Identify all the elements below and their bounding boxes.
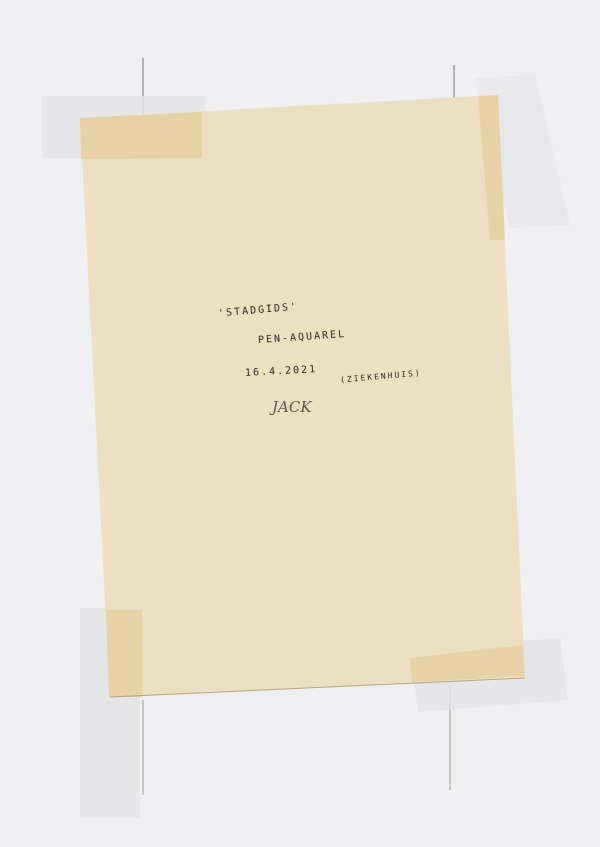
scan-scene: 'STADGIDS' PEN-AQUAREL 16.4.2021 (ZIEKEN… (0, 0, 600, 847)
board-and-paper (0, 0, 600, 847)
signature: JACK (272, 398, 312, 416)
masking-tape (80, 112, 202, 159)
